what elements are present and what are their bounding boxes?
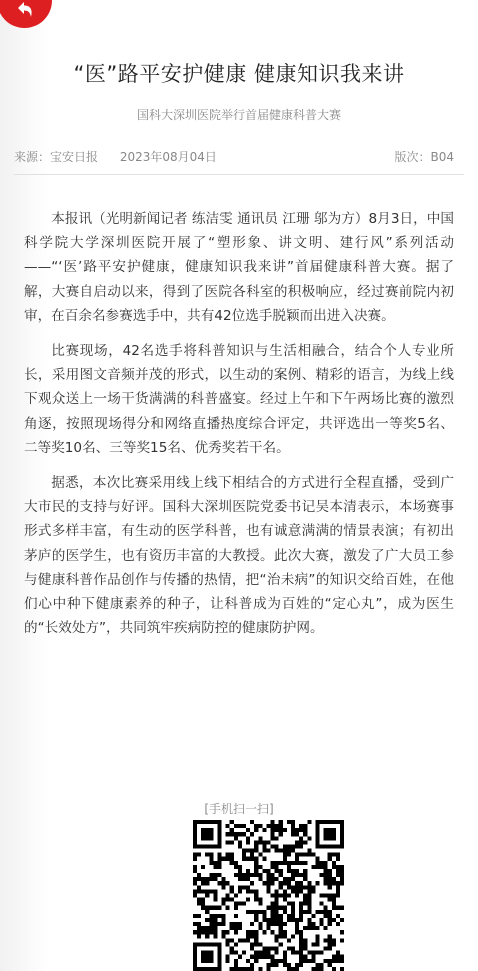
back-arrow-icon [15,0,35,20]
article-meta: 来源：宝安日报 2023年08月04日 版次：B04 [14,148,464,175]
article-date: 2023年08月04日 [120,150,217,164]
paragraph: 本报讯（光明新闻记者 练洁雯 通讯员 江珊 邬为方）8月3日，中国科学院大学深圳… [24,207,454,328]
article-body: 本报讯（光明新闻记者 练洁雯 通讯员 江珊 邬为方）8月3日，中国科学院大学深圳… [24,207,454,651]
paragraph: 比赛现场，42名选手将科普知识与生活相融合，结合个人专业所长，采用图文音频并茂的… [24,339,454,460]
article-source: 来源：宝安日报 [14,150,98,164]
back-button[interactable] [0,0,52,28]
article-title: “医”路平安护健康 健康知识我来讲 [0,58,478,88]
article-edition: 版次：B04 [394,148,464,174]
qr-code-icon [193,820,344,971]
qr-label: [手机扫一扫] [0,800,478,817]
article-subtitle: 国科大深圳医院举行首届健康科普大赛 [0,106,478,123]
paragraph: 据悉，本次比赛采用线上线下相结合的方式进行全程直播，受到广大市民的支持与好评。国… [24,471,454,640]
